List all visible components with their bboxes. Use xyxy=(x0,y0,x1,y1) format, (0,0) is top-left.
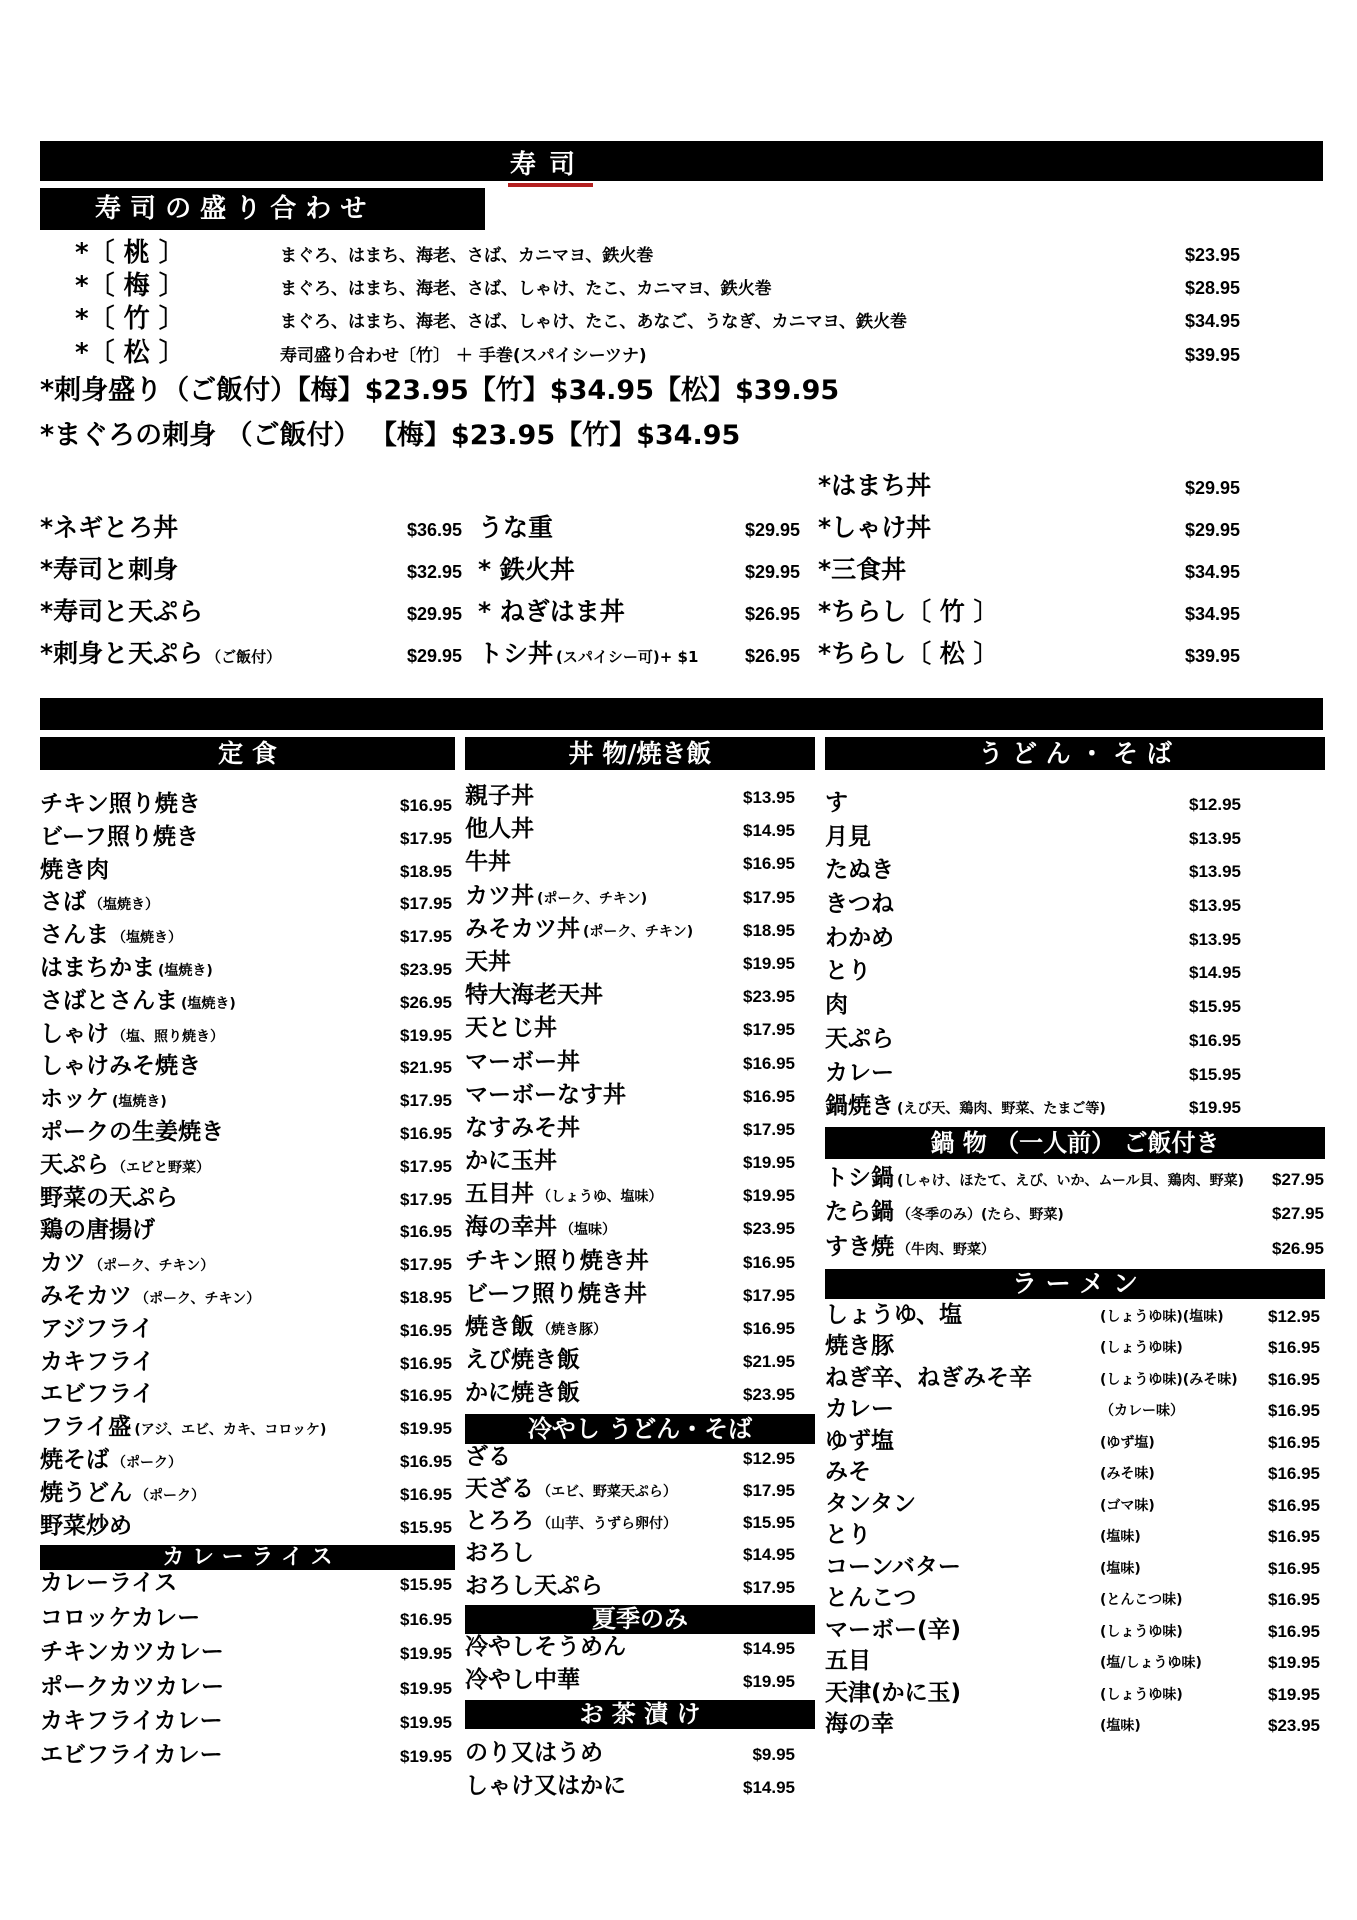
item-price: $12.95 xyxy=(1268,1307,1320,1327)
menu-item: はまちかま (塩焼き) $23.95 xyxy=(40,955,455,988)
grid-row: *はまち丼 $29.95 xyxy=(40,466,1245,508)
menu-item: ビーフ照り焼き丼 $17.95 xyxy=(465,1281,815,1314)
item-price: $16.95 xyxy=(743,1319,795,1339)
item-price: $16.95 xyxy=(1268,1622,1320,1642)
item-name: アジフライ xyxy=(40,1316,153,1342)
item-price: $16.95 xyxy=(400,796,452,816)
item-price: $19.95 xyxy=(1268,1685,1320,1705)
item-name: ビーフ照り焼き丼 xyxy=(465,1281,647,1307)
menu-item: きつね $13.95 xyxy=(825,891,1325,925)
menu-item: チキン照り焼き $16.95 xyxy=(40,791,455,824)
item-name: *しゃけ丼 xyxy=(818,508,931,544)
item-note: (えび天、鶏肉、野菜、たまご等) xyxy=(897,1098,1106,1118)
menu-item: 野菜炒め $15.95 xyxy=(40,1513,455,1546)
menu-item: カキフライ $16.95 xyxy=(40,1349,455,1382)
menu-item: とり (塩味) $16.95 xyxy=(825,1522,1325,1554)
item-name: カキフライカレー xyxy=(40,1708,223,1734)
sushi-set-row: *〔 竹 〕 まぐろ、はまち、海老、さば、しゃけ、たこ、あなご、うなぎ、カニマヨ… xyxy=(40,298,1240,331)
item-price: $19.95 xyxy=(1268,1653,1320,1673)
menu-item: 鍋焼き (えび天、鶏肉、野菜、たまご等) $19.95 xyxy=(825,1093,1325,1127)
item-price: $23.95 xyxy=(1268,1716,1320,1736)
set-label: *〔 竹 〕 xyxy=(75,298,280,335)
item-price: $16.95 xyxy=(1268,1370,1320,1390)
item-price: $13.95 xyxy=(743,788,795,808)
item-name: 天ぷら xyxy=(40,1152,109,1178)
item-name: はまちかま xyxy=(40,955,155,981)
item-price: $29.95 xyxy=(745,562,800,583)
item-name: みそカツ xyxy=(40,1283,132,1309)
menu-item: 焼うどん （ポーク） $16.95 xyxy=(40,1480,455,1513)
set-price: $23.95 xyxy=(1185,245,1240,266)
item-name: *三食丼 xyxy=(818,550,906,586)
item-note: （塩、照り焼き） xyxy=(112,1026,224,1046)
menu-item: 天とじ丼 $17.95 xyxy=(465,1015,815,1048)
menu-item: 親子丼 $13.95 xyxy=(465,783,815,816)
menu-item: 海の幸 (塩味) $23.95 xyxy=(825,1711,1325,1743)
menu-item: たぬき $13.95 xyxy=(825,857,1325,891)
set-description: まぐろ、はまち、海老、さば、しゃけ、たこ、カニマヨ、鉄火巻 xyxy=(280,274,772,299)
sushi-set-row: *〔 松 〕 寿司盛り合わせ〔竹〕 ＋ 手巻(スパイシーツナ) $39.95 xyxy=(40,332,1240,365)
item-price: $14.95 xyxy=(743,1545,795,1565)
item-name: * 鉄火丼 xyxy=(478,550,575,586)
menu-item: えび焼き飯 $21.95 xyxy=(465,1347,815,1380)
menu-item: ビーフ照り焼き $17.95 xyxy=(40,824,455,857)
item-price: $19.95 xyxy=(400,1747,452,1767)
item-price: $17.95 xyxy=(743,1481,795,1501)
menu-item: 天丼 $19.95 xyxy=(465,949,815,982)
item-name: *刺身と天ぷら xyxy=(40,634,203,670)
menu-item: 焼き飯 （焼き豚） $16.95 xyxy=(465,1314,815,1347)
item-name: マーボー(辛) xyxy=(825,1617,961,1643)
header-donmono: 丼 物/焼き飯 xyxy=(465,737,815,770)
item-price: $16.95 xyxy=(400,1222,452,1242)
menu-item: 焼そば （ポーク） $16.95 xyxy=(40,1447,455,1480)
menu-item: しゃけ又はかに $14.95 xyxy=(465,1773,815,1806)
item-price: $16.95 xyxy=(743,1054,795,1074)
item-flavor: (しょうゆ味)(みそ味) xyxy=(1100,1369,1238,1389)
menu-item: 天津(かに玉) (しょうゆ味) $19.95 xyxy=(825,1680,1325,1712)
item-price: $26.95 xyxy=(745,646,800,667)
menu-item: 五目丼 （しょうゆ、塩味） $19.95 xyxy=(465,1181,815,1214)
item-name: カレーライス xyxy=(40,1570,177,1596)
item-name: 天ざる xyxy=(465,1476,534,1502)
section-header-sushi: 寿 司 xyxy=(40,141,1323,181)
menu-item: カツ丼 (ポーク、チキン) $17.95 xyxy=(465,883,815,916)
set-label: *〔 松 〕 xyxy=(75,332,280,369)
grid-cell: *ネギとろ丼 $36.95 xyxy=(40,508,462,544)
item-flavor: (塩/しょうゆ味) xyxy=(1100,1652,1202,1672)
item-name: タンタン xyxy=(825,1491,916,1517)
item-price: $19.95 xyxy=(400,1713,452,1733)
item-name: 五目 xyxy=(825,1648,871,1674)
item-name: とろろ xyxy=(465,1508,534,1534)
item-price: $16.95 xyxy=(400,1452,452,1472)
item-name: * ねぎはま丼 xyxy=(478,592,625,628)
menu-item: 月見 $13.95 xyxy=(825,824,1325,858)
header-summer-only: 夏季のみ xyxy=(465,1605,815,1634)
item-note: (ポーク、チキン) xyxy=(583,921,693,941)
menu-item: なすみそ丼 $17.95 xyxy=(465,1115,815,1148)
header-ramen: ラ ー メ ン xyxy=(825,1269,1325,1299)
menu-item: チキンカツカレー $19.95 xyxy=(40,1639,455,1673)
item-name: 焼き飯 xyxy=(465,1314,534,1340)
item-price: $14.95 xyxy=(743,1639,795,1659)
item-price: $19.95 xyxy=(743,1186,795,1206)
item-name: 牛丼 xyxy=(465,849,511,875)
curry-list: カレーライス $15.95 コロッケカレー $16.95 チキンカツカレー $1… xyxy=(40,1570,455,1776)
set-description: まぐろ、はまち、海老、さば、しゃけ、たこ、あなご、うなぎ、カニマヨ、鉄火巻 xyxy=(280,307,907,332)
menu-item: カレーライス $15.95 xyxy=(40,1570,455,1604)
menu-item: 焼き豚 (しょうゆ味) $16.95 xyxy=(825,1333,1325,1365)
item-flavor: (塩味) xyxy=(1100,1526,1141,1546)
item-price: $19.95 xyxy=(400,1026,452,1046)
item-price: $14.95 xyxy=(743,1778,795,1798)
item-price: $39.95 xyxy=(1185,646,1240,667)
item-price: $16.95 xyxy=(743,1253,795,1273)
item-flavor: (塩味) xyxy=(1100,1715,1141,1735)
item-name: カレー xyxy=(825,1060,894,1086)
column-teishoku: 定 食 チキン照り焼き $16.95 ビーフ照り焼き $17.95 焼き肉 xyxy=(40,737,455,1777)
item-name: 冷やしそうめん xyxy=(465,1634,626,1660)
item-note: (塩焼き) xyxy=(158,960,213,980)
item-price: $19.95 xyxy=(1189,1098,1241,1118)
item-note: （ポーク、チキン） xyxy=(89,1255,214,1275)
item-price: $18.95 xyxy=(743,921,795,941)
item-name: とんこつ xyxy=(825,1585,917,1611)
item-name: トシ鍋 xyxy=(825,1165,894,1191)
menu-item: のり又はうめ $9.95 xyxy=(465,1740,815,1773)
summer-list: 冷やしそうめん $14.95 冷やし中華 $19.95 xyxy=(465,1634,815,1700)
item-price: $15.95 xyxy=(743,1513,795,1533)
menu-item: ねぎ辛、ねぎみそ辛 (しょうゆ味)(みそ味) $16.95 xyxy=(825,1365,1325,1397)
menu-item: 野菜の天ぷら $17.95 xyxy=(40,1185,455,1218)
header-hiyashi-udon-soba: 冷やし うどん・そば xyxy=(465,1414,815,1444)
header-ochazuke: お 茶 漬 け xyxy=(465,1700,815,1729)
item-name: 特大海老天丼 xyxy=(465,982,603,1008)
menu-item: ざる $12.95 xyxy=(465,1444,815,1476)
item-price: $17.95 xyxy=(743,1020,795,1040)
item-flavor: (しょうゆ味) xyxy=(1100,1684,1183,1704)
item-flavor: (しょうゆ味) xyxy=(1100,1337,1183,1357)
column-donmono: 丼 物/焼き飯 親子丼 $13.95 他人丼 $14.95 牛丼 xyxy=(465,737,815,1806)
item-price: $14.95 xyxy=(743,821,795,841)
item-note: （塩味） xyxy=(560,1219,616,1239)
item-note: (しゃけ、ほたて、えび、いか、ムール貝、鶏肉、野菜) xyxy=(897,1170,1244,1190)
item-price: $23.95 xyxy=(743,1219,795,1239)
header-teishoku: 定 食 xyxy=(40,737,455,770)
set-label: *〔 梅 〕 xyxy=(75,265,280,302)
item-note: （焼き豚） xyxy=(537,1319,607,1339)
item-price: $29.95 xyxy=(407,646,462,667)
item-price: $23.95 xyxy=(743,987,795,1007)
item-note: （ご飯付） xyxy=(206,646,281,667)
item-name: なすみそ丼 xyxy=(465,1115,580,1141)
menu-item: カレー （カレー味） $16.95 xyxy=(825,1396,1325,1428)
item-price: $16.95 xyxy=(1268,1559,1320,1579)
section-header-sushi-assortment: 寿 司 の 盛 り 合 わ せ xyxy=(40,188,485,230)
item-price: $19.95 xyxy=(743,1672,795,1692)
item-price: $27.95 xyxy=(1272,1204,1324,1224)
item-name: カキフライ xyxy=(40,1349,154,1375)
menu-item: カキフライカレー $19.95 xyxy=(40,1708,455,1742)
item-name: しゃけ又はかに xyxy=(465,1773,626,1799)
item-name: 鶏の唐揚げ xyxy=(40,1217,155,1243)
item-name: *ネギとろ丼 xyxy=(40,508,178,544)
grid-cell: *しゃけ丼 $29.95 xyxy=(818,508,1240,544)
header-curry-rice: カ レ ー ラ イ ス xyxy=(40,1545,455,1570)
menu-item: エビフライカレー $19.95 xyxy=(40,1742,455,1776)
item-price: $16.95 xyxy=(1268,1433,1320,1453)
menu-item: す $12.95 xyxy=(825,790,1325,824)
item-price: $32.95 xyxy=(407,562,462,583)
item-name: *ちらし〔 松 〕 xyxy=(818,634,998,670)
item-name: わかめ xyxy=(825,925,894,951)
menu-item: かに焼き飯 $23.95 xyxy=(465,1380,815,1413)
set-description: 寿司盛り合わせ〔竹〕 ＋ 手巻(スパイシーツナ) xyxy=(280,341,647,366)
item-name: *はまち丼 xyxy=(818,466,931,502)
item-note: （ポーク） xyxy=(112,1452,182,1472)
grid-cell: *刺身と天ぷら （ご飯付） $29.95 xyxy=(40,634,462,670)
item-flavor: （カレー味） xyxy=(1100,1400,1184,1420)
item-price: $13.95 xyxy=(1189,896,1241,916)
item-price: $16.95 xyxy=(1268,1338,1320,1358)
item-price: $21.95 xyxy=(400,1058,452,1078)
menu-item: 焼き肉 $18.95 xyxy=(40,857,455,890)
item-price: $16.95 xyxy=(743,1087,795,1107)
item-name: 焼き肉 xyxy=(40,857,109,883)
menu-item: かに玉丼 $19.95 xyxy=(465,1148,815,1181)
item-name: マーボーなす丼 xyxy=(465,1082,626,1108)
item-flavor: (ゴマ味) xyxy=(1100,1495,1155,1515)
item-name: たぬき xyxy=(825,857,894,883)
grid-row: *ネギとろ丼 $36.95 うな重 $29.95 *しゃけ丼 $29.95 xyxy=(40,508,1245,550)
item-price: $29.95 xyxy=(1185,520,1240,541)
item-price: $12.95 xyxy=(743,1449,795,1469)
item-name: ゆず塩 xyxy=(825,1428,894,1454)
item-note: （塩焼き） xyxy=(112,927,182,947)
menu-item: さばとさんま (塩焼き) $26.95 xyxy=(40,988,455,1021)
item-price: $17.95 xyxy=(743,1120,795,1140)
item-name: きつね xyxy=(825,891,894,917)
set-label: *〔 桃 〕 xyxy=(75,232,280,269)
item-price: $13.95 xyxy=(1189,930,1241,950)
item-price: $17.95 xyxy=(400,1255,452,1275)
grid-cell: *ちらし〔 竹 〕 $34.95 xyxy=(818,592,1240,628)
item-name: さばとさんま xyxy=(40,988,178,1014)
menu-item: おろし $14.95 xyxy=(465,1540,815,1572)
item-price: $26.95 xyxy=(1272,1239,1324,1259)
item-price: $29.95 xyxy=(407,604,462,625)
item-price: $17.95 xyxy=(400,1190,452,1210)
item-name: カツ xyxy=(40,1250,86,1276)
item-price: $18.95 xyxy=(400,862,452,882)
item-name: ポークの生姜焼き xyxy=(40,1119,224,1145)
menu-item: ホッケ (塩焼き) $17.95 xyxy=(40,1086,455,1119)
item-price: $16.95 xyxy=(400,1354,452,1374)
item-name: チキン照り焼き丼 xyxy=(465,1248,649,1274)
menu-item: 冷やしそうめん $14.95 xyxy=(465,1634,815,1667)
item-note: （牛肉、野菜） xyxy=(897,1239,995,1259)
item-price: $27.95 xyxy=(1272,1170,1324,1190)
item-name: かに焼き飯 xyxy=(465,1380,580,1406)
menu-item: 鶏の唐揚げ $16.95 xyxy=(40,1217,455,1250)
item-name: *寿司と刺身 xyxy=(40,550,178,586)
menu-item: ポークの生姜焼き $16.95 xyxy=(40,1119,455,1152)
item-price: $16.95 xyxy=(743,854,795,874)
item-price: $16.95 xyxy=(400,1386,452,1406)
item-name: フライ盛 xyxy=(40,1414,131,1440)
menu-item: コーンバター (塩味) $16.95 xyxy=(825,1554,1325,1586)
grid-cell: *三食丼 $34.95 xyxy=(818,550,1240,586)
menu-item: とり $14.95 xyxy=(825,958,1325,992)
menu-item: タンタン (ゴマ味) $16.95 xyxy=(825,1491,1325,1523)
menu-item: マーボーなす丼 $16.95 xyxy=(465,1082,815,1115)
item-name: しゃけ xyxy=(40,1021,109,1047)
menu-item: フライ盛 (アジ、エビ、カキ、コロッケ) $19.95 xyxy=(40,1414,455,1447)
item-price: $34.95 xyxy=(1185,604,1240,625)
menu-item: マーボー丼 $16.95 xyxy=(465,1049,815,1082)
item-name: *寿司と天ぷら xyxy=(40,592,203,628)
menu-item: カレー $15.95 xyxy=(825,1060,1325,1094)
teishoku-list: チキン照り焼き $16.95 ビーフ照り焼き $17.95 焼き肉 $18.95 xyxy=(40,791,455,1545)
menu-item: とんこつ (とんこつ味) $16.95 xyxy=(825,1585,1325,1617)
item-name: ざる xyxy=(465,1444,511,1470)
menu-item: みそカツ （ポーク、チキン） $18.95 xyxy=(40,1283,455,1316)
menu-item: 天ざる （エビ、野菜天ぷら） $17.95 xyxy=(465,1476,815,1508)
menu-item: しゃけみそ焼き $21.95 xyxy=(40,1053,455,1086)
item-name: とり xyxy=(825,958,871,984)
set-price: $28.95 xyxy=(1185,278,1240,299)
item-price: $17.95 xyxy=(743,888,795,908)
item-note: （ポーク） xyxy=(135,1485,205,1505)
item-name: みそカツ丼 xyxy=(465,916,580,942)
item-price: $17.95 xyxy=(400,1091,452,1111)
item-price: $16.95 xyxy=(400,1610,452,1630)
item-name: チキン照り焼き xyxy=(40,791,201,817)
item-flavor: (塩味) xyxy=(1100,1558,1141,1578)
grid-cell: うな重 $29.95 xyxy=(478,508,800,544)
item-price: $17.95 xyxy=(400,927,452,947)
item-price: $13.95 xyxy=(1189,829,1241,849)
menu-item: コロッケカレー $16.95 xyxy=(40,1605,455,1639)
ochazuke-list: のり又はうめ $9.95 しゃけ又はかに $14.95 xyxy=(465,1740,815,1806)
item-price: $17.95 xyxy=(400,1157,452,1177)
menu-item: 牛丼 $16.95 xyxy=(465,849,815,882)
item-name: ねぎ辛、ねぎみそ辛 xyxy=(825,1365,1032,1391)
item-name: 海の幸 xyxy=(825,1711,894,1737)
item-price: $17.95 xyxy=(743,1578,795,1598)
item-name: 冷やし中華 xyxy=(465,1667,580,1693)
item-name: 他人丼 xyxy=(465,816,534,842)
item-price: $15.95 xyxy=(1189,997,1241,1017)
menu-item: 海の幸丼 （塩味） $23.95 xyxy=(465,1214,815,1247)
menu-item: マーボー(辛) (しょうゆ味) $16.95 xyxy=(825,1617,1325,1649)
item-name: エビフライ xyxy=(40,1381,154,1407)
item-price: $36.95 xyxy=(407,520,462,541)
grid-row: *寿司と刺身 $32.95 * 鉄火丼 $29.95 *三食丼 $34.95 xyxy=(40,550,1245,592)
item-flavor: (ゆず塩) xyxy=(1100,1432,1155,1452)
item-name: 天丼 xyxy=(465,949,511,975)
item-name: 鍋焼き xyxy=(825,1093,894,1119)
item-price: $12.95 xyxy=(1189,795,1241,815)
item-name: おろし天ぷら xyxy=(465,1573,603,1599)
item-name: 月見 xyxy=(825,824,871,850)
item-name: ビーフ照り焼き xyxy=(40,824,199,850)
item-price: $29.95 xyxy=(745,520,800,541)
item-name: チキンカツカレー xyxy=(40,1639,224,1665)
sushi-set-list: *〔 桃 〕 まぐろ、はまち、海老、さば、カニマヨ、鉄火巻 $23.95 *〔 … xyxy=(40,232,1240,365)
item-price: $23.95 xyxy=(400,960,452,980)
item-price: $16.95 xyxy=(400,1485,452,1505)
item-price: $16.95 xyxy=(1268,1590,1320,1610)
item-name: すき焼 xyxy=(825,1234,894,1260)
item-price: $29.95 xyxy=(1185,478,1240,499)
item-price: $17.95 xyxy=(400,894,452,914)
item-name: ポークカツカレー xyxy=(40,1674,224,1700)
item-name: 五目丼 xyxy=(465,1181,534,1207)
item-name: えび焼き飯 xyxy=(465,1347,580,1373)
menu-item: 他人丼 $14.95 xyxy=(465,816,815,849)
item-name: 焼き豚 xyxy=(825,1333,894,1359)
item-price: $14.95 xyxy=(1189,963,1241,983)
sushi-set-row: *〔 桃 〕 まぐろ、はまち、海老、さば、カニマヨ、鉄火巻 $23.95 xyxy=(40,232,1240,265)
item-name: エビフライカレー xyxy=(40,1742,223,1768)
ramen-list: しょうゆ、塩 (しょうゆ味)(塩味) $12.95 焼き豚 (しょうゆ味) $1… xyxy=(825,1302,1325,1743)
item-name: しょうゆ、塩 xyxy=(825,1302,962,1328)
item-price: $13.95 xyxy=(1189,862,1241,882)
grid-row: *刺身と天ぷら （ご飯付） $29.95 トシ丼 (スパイシー可)+ $1 $2… xyxy=(40,634,1245,676)
hiyashi-list: ざる $12.95 天ざる （エビ、野菜天ぷら） $17.95 とろろ （山芋、… xyxy=(465,1444,815,1605)
menu-page: 寿 司 寿 司 の 盛 り 合 わ せ *〔 桃 〕 まぐろ、はまち、海老、さば… xyxy=(0,0,1357,1920)
item-name: す xyxy=(825,790,848,816)
item-price: $19.95 xyxy=(400,1644,452,1664)
menu-item: わかめ $13.95 xyxy=(825,925,1325,959)
item-note: （ポーク、チキン） xyxy=(135,1288,260,1308)
item-name: 野菜の天ぷら xyxy=(40,1185,178,1211)
item-name: *ちらし〔 竹 〕 xyxy=(818,592,998,628)
item-price: $19.95 xyxy=(400,1419,452,1439)
item-name: コロッケカレー xyxy=(40,1605,200,1631)
item-name: のり又はうめ xyxy=(465,1740,603,1766)
item-price: $16.95 xyxy=(1268,1401,1320,1421)
item-name: みそ xyxy=(825,1459,871,1485)
menu-item: 五目 (塩/しょうゆ味) $19.95 xyxy=(825,1648,1325,1680)
menu-item: 肉 $15.95 xyxy=(825,992,1325,1026)
item-price: $23.95 xyxy=(743,1385,795,1405)
item-price: $15.95 xyxy=(400,1518,452,1538)
item-price: $21.95 xyxy=(743,1352,795,1372)
sushi-title: 寿 司 xyxy=(508,144,593,187)
item-price: $9.95 xyxy=(752,1745,795,1765)
udon-soba-list: す $12.95 月見 $13.95 たぬき $13.95 きつ xyxy=(825,790,1325,1127)
item-price: $16.95 xyxy=(1268,1496,1320,1516)
menu-item: 特大海老天丼 $23.95 xyxy=(465,982,815,1015)
menu-item: トシ鍋 (しゃけ、ほたて、えび、いか、ムール貝、鶏肉、野菜) $27.95 xyxy=(825,1165,1325,1200)
item-note: （山芋、うずら卵付） xyxy=(537,1513,677,1533)
item-name: カツ丼 xyxy=(465,883,534,909)
grid-cell: トシ丼 (スパイシー可)+ $1 $26.95 xyxy=(478,634,800,670)
item-note: （エビと野菜） xyxy=(112,1157,210,1177)
item-price: $34.95 xyxy=(1185,562,1240,583)
grid-cell: * 鉄火丼 $29.95 xyxy=(478,550,800,586)
item-name: トシ丼 xyxy=(478,634,553,670)
menu-item: カツ （ポーク、チキン） $17.95 xyxy=(40,1250,455,1283)
nabe-list: トシ鍋 (しゃけ、ほたて、えび、いか、ムール貝、鶏肉、野菜) $27.95 たら… xyxy=(825,1165,1325,1269)
header-nabemono: 鍋 物 （一人前） ご飯付き xyxy=(825,1127,1325,1159)
item-price: $26.95 xyxy=(745,604,800,625)
menu-item: 冷やし中華 $19.95 xyxy=(465,1667,815,1700)
item-price: $16.95 xyxy=(1189,1031,1241,1051)
